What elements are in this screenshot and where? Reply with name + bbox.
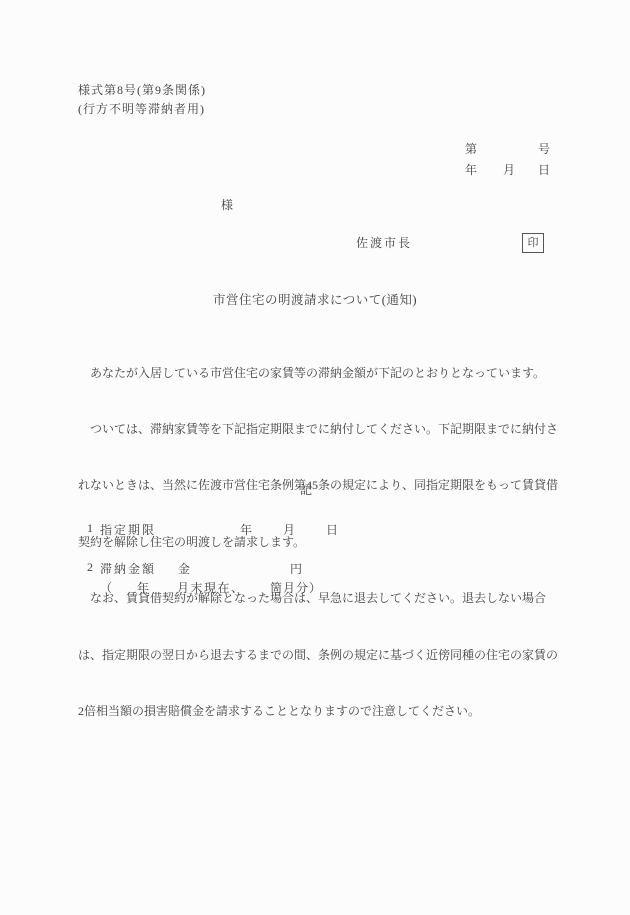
addressee-honorific: 様: [221, 196, 233, 213]
item2-amount-suffix: 円: [290, 560, 302, 577]
sender-name: 佐渡市長: [356, 234, 412, 251]
item2-label: 滞納金額: [100, 560, 156, 577]
item2-amount-prefix: 金: [178, 560, 190, 577]
item2-note-paren-open: （: [100, 579, 112, 596]
item1-number: 1: [87, 521, 93, 536]
body-line: は、指定期限の翌日から退去するまでの間、条例の規定に基づく近傍同種の住宅の家賃の: [78, 646, 558, 665]
body-line: あなたが入居している市営住宅の家賃等の滞納金額が下記のとおりとなっています。: [78, 364, 558, 383]
item1-year-label: 年: [240, 521, 252, 538]
seal-stamp: 印: [522, 233, 544, 253]
date-month-label: 月: [503, 161, 515, 178]
date-year-label: 年: [465, 161, 477, 178]
form-id-line2: (行方不明等滞納者用): [78, 100, 205, 117]
item1-label: 指定期限: [100, 521, 156, 538]
doc-number-prefix: 第: [465, 140, 477, 157]
doc-number-suffix: 号: [538, 140, 550, 157]
item2-note-months-close: 箇月分）: [270, 579, 322, 596]
item2-number: 2: [87, 560, 93, 575]
body-paragraphs: あなたが入居している市営住宅の家賃等の滞納金額が下記のとおりとなっています。 つ…: [78, 326, 558, 758]
item1-month-label: 月: [283, 521, 295, 538]
body-line: 2倍相当額の損害賠償金を請求することとなりますので注意してください。: [78, 702, 558, 721]
document-title: 市営住宅の明渡請求について(通知): [0, 290, 630, 308]
item1-day-label: 日: [326, 521, 338, 538]
document-page: 様式第8号(第9条関係) (行方不明等滞納者用) 第 号 年 月 日 様 佐渡市…: [0, 0, 630, 915]
ki-marker: 記: [0, 481, 612, 498]
item2-note-year-label: 年: [137, 579, 149, 596]
form-id-line1: 様式第8号(第9条関係): [78, 81, 206, 98]
date-day-label: 日: [538, 161, 550, 178]
body-line: ついては、滞納家賃等を下記指定期限までに納付してください。下記期限までに納付さ: [78, 420, 558, 439]
item2-note-as-of: 月末現在、: [177, 579, 245, 596]
